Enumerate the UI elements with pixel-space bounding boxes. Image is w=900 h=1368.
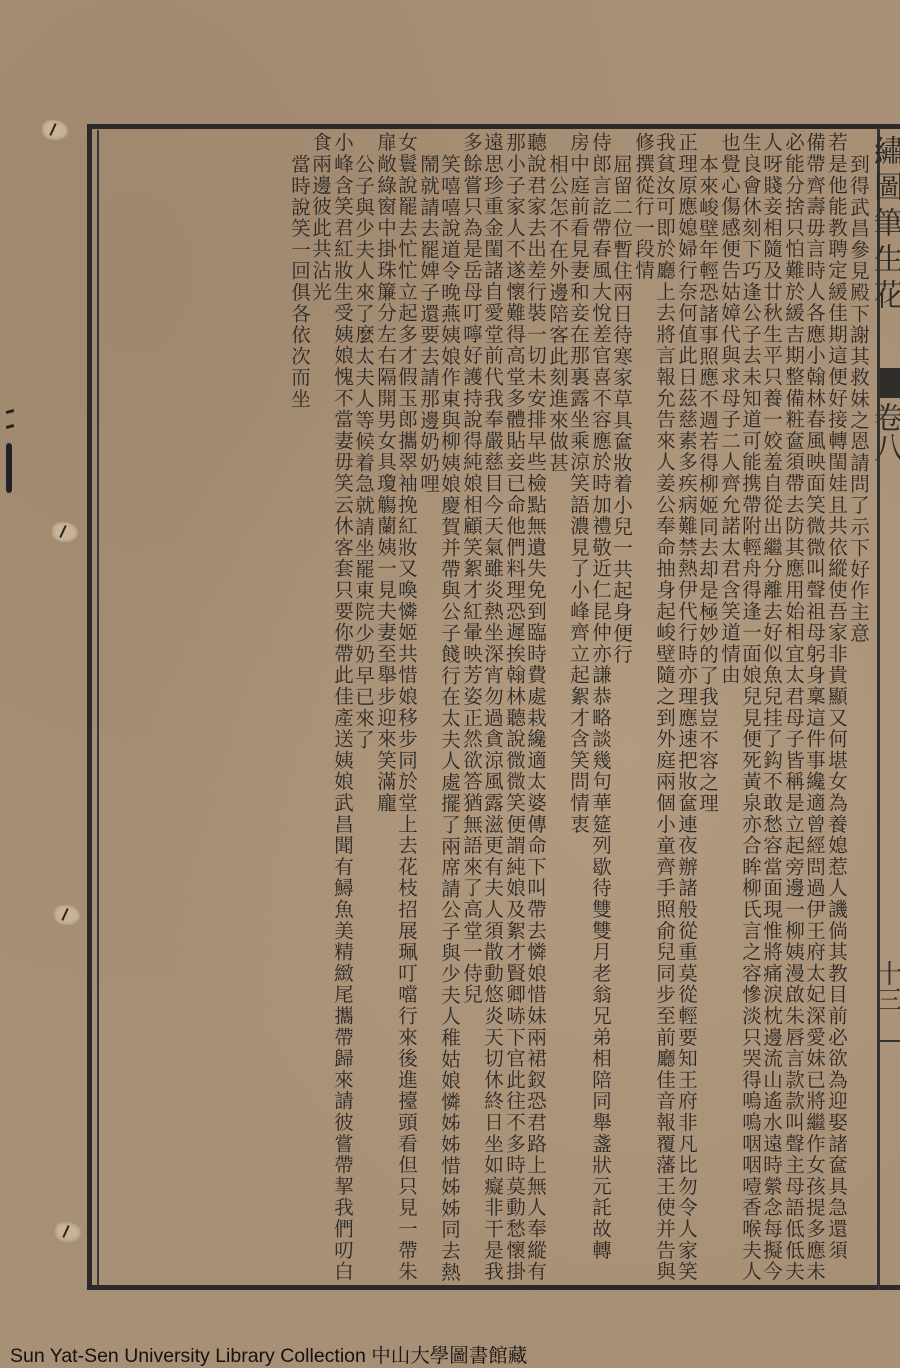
text-column: 到得武昌參見殿下謝其救妹之恩請問了示下好作主意 [848, 154, 869, 644]
collection-credit-en: Sun Yat-Sen University Library Collectio… [10, 1345, 366, 1367]
spine-fishtail-band [880, 368, 900, 398]
text-column: 小峰含笑君紅妝生受姨娘愧不當妻毋笑云休客套只要你帶此佳產送姨娘武昌聞有鱘魚美精緻… [332, 132, 353, 1282]
text-column: 當時說笑一回俱各依次而坐 [289, 154, 310, 410]
text-column: 備帶齊壽毋言時人各應小翰林春風映面笑微微叫聲祖母躬身稟這件事纔適曾經問過伊王府太… [804, 132, 825, 1282]
text-column: 本來峻壁年輕恐諸事照應不週若得柳姬同去却是極妙的了我豈不容之理 [697, 154, 718, 814]
text-column: 那小子家人不遂懷難得高堂多體貼妾已命他們料理恐遲挨翰林聽說微微笑便謂純娘及絮才賢… [504, 132, 525, 1282]
text-column: 女鬟說罷去忙忙立起多才假玉郎攜翠袖挽紅妝又喚憐姬共惜娘移步同於堂上去花枝招展珮叮… [396, 132, 417, 1282]
margin-stroke [6, 409, 15, 414]
text-column: 正理原應媳婦行奈何值此日茲慈素多疾病難禁熱伊代行時亦理應速把妝奩連夜辦諸般從重莫… [676, 132, 697, 1282]
text-column: 多餘嘗只為是岳母叮嚀好護持說得純娘相顧笑絮才紅暈映芳姿正然欲答猶無語來了高堂一侍… [461, 132, 482, 1005]
text-column: 侍郎言訖帶春風大悅差官喜不容應於時加禮敬近仁昆仲亦謙恭略談幾句華筵列歇待雙雙月老… [590, 132, 611, 1261]
text-column: 相公怎不在外邊陪客此刻進來做甚 [547, 154, 568, 474]
text-column: 生良會休刻下巧逢公子去未知道可能携帶附輕舟得逢一面娘兒見便死黃泉亦合眸柳氏言之容… [740, 132, 761, 1282]
binding-hole-icon [42, 120, 68, 140]
text-body: 到得武昌參見殿下謝其救妹之恩請問了示下好作主意 若是他能教聘定緩佳期這便好接轉閨… [100, 132, 877, 1284]
text-column: 聽說君家去出差行裝一切未安排早些檢點無遺失免到臨時費處栽纔適太婆傳命下叫帶去憐娘… [525, 132, 546, 1282]
text-column: 公子與少夫人來了麼太夫人等候着急就請坐罷東院少奶早已來了 [353, 154, 374, 750]
text-column: 修撰從行一段情 [633, 132, 654, 281]
text-column: 食兩邊彼此共沾光 [310, 132, 331, 302]
text-column: 笑嘻嘻說道令晚燕姨娘作東與柳姨娘慶賀并帶與公子餞行在太夫人處擺了兩席請公子與少夫… [439, 154, 460, 1283]
spine-volume: 卷八 [880, 402, 900, 462]
text-column: 若是他能教聘定緩佳期這便好接轉閨娃且共依縱使吾家非貴顯又何堪女為養媳惹人譏倘其教… [826, 132, 847, 1261]
collection-credit-zh: 中山大學圖書館藏 [371, 1345, 527, 1367]
text-column: 人呀賤妾相隨及廿秋生平只養一姣羞自從出繼分離去好似魚兒挂了鈎不敢愁容當面現惟將痛… [761, 132, 782, 1282]
text-column: 也覺心傷感便告姑嫜代與求母子二人齊允諾太君含笑道情由 [719, 132, 740, 686]
text-column: 鬧就請去罷婢子還要去請那邊奶奶哩 [418, 154, 439, 495]
frame-inner-line [97, 130, 99, 1285]
text-column: 房中庭前看見妻和妾在那裏露坐乘涼笑語濃見了小峰齊立起絮才含笑問情衷 [568, 132, 589, 835]
binding-hole-icon [55, 1222, 81, 1242]
spine-separator [880, 1040, 900, 1042]
collection-credit: Sun Yat-Sen University Library Collectio… [10, 1340, 527, 1368]
text-column: 屈留二位暫住兩日待寒家草具奩妝着小兒一共起身便行 [611, 154, 632, 665]
left-margin-mark [2, 200, 12, 300]
text-column: 我貧汝可即於廳上去將言報允告來人姜公奉命抽身起峻壁隨之到外庭兩個小童齊手照俞兒同… [654, 132, 675, 1282]
margin-stroke [6, 443, 12, 493]
binding-hole-icon [54, 905, 80, 925]
binding-hole-icon [52, 522, 78, 542]
text-column: 扉敞綠窗中掛珠簾分左右隔開男女具瓊觴蘭姨一見夫妻至舉步迎來笑滿龐 [375, 132, 396, 814]
spine-page-number: 十三 [880, 960, 900, 1012]
spine-title: 繡圖筆生花 [880, 135, 900, 315]
text-column: 必能分捨只怕難於緩吉期整備粧奩須帶去防其應用始相宜太君母子皆稱是立起旁邊一柳姨漫… [783, 132, 804, 1282]
margin-stroke [6, 424, 15, 429]
text-column: 遠思珍重金閨諸自愛堂前代我奉嚴慈目今天氣雖炎熱坐深宵勿過貪涼風露滋更有夫人須散動… [482, 132, 503, 1282]
